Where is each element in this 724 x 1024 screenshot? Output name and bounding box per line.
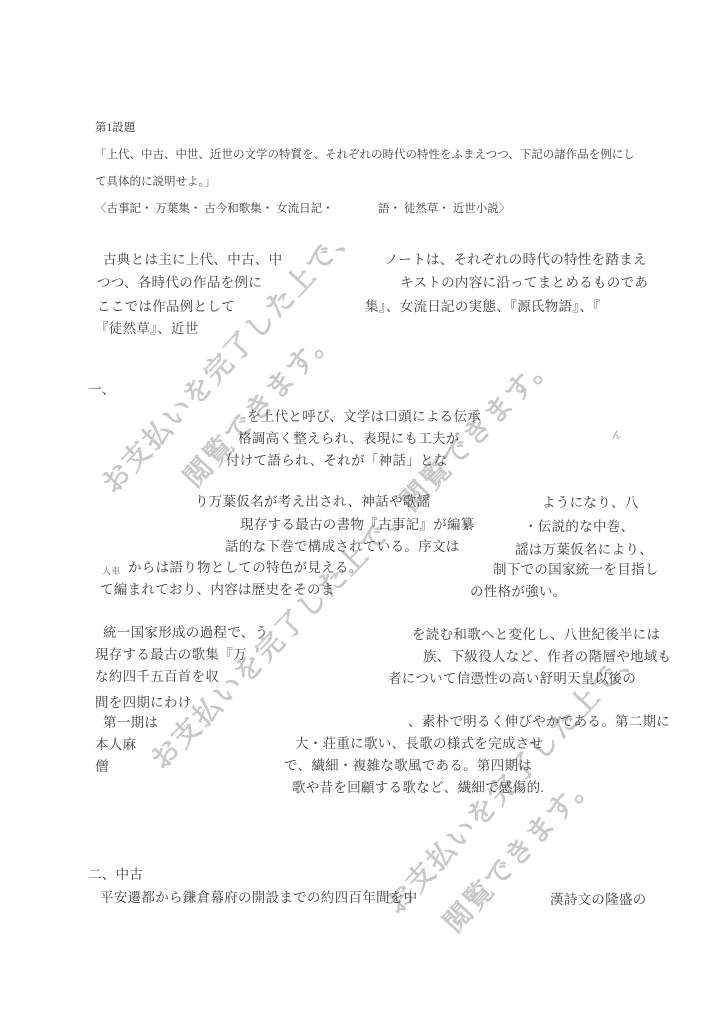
- text-line: 〈古事記・ 万葉集・ 古今和歌集・ 女流日記・: [95, 200, 334, 218]
- text-line: で、繊細・複雑な歌風である。第四期は: [284, 757, 532, 775]
- text-line: 集』、女流日記の実態、『源氏物語』、『: [365, 298, 600, 316]
- text-line: 第一期は: [103, 714, 158, 732]
- text-line: つつ、各時代の作品を例に: [97, 274, 262, 292]
- text-line: からは語り物としての特色が見える。: [128, 559, 363, 577]
- text-line: 古典とは主に上代、中古、中: [103, 251, 282, 269]
- text-line: 付けて語られ、それが「神話」とな: [226, 452, 448, 470]
- text-line: 人車: [102, 562, 121, 580]
- text-line: 、素朴で明るく伸びやかである。第二期に: [408, 713, 670, 731]
- text-line: 僧: [95, 758, 109, 776]
- text-line: 制下での国家統一を目指し: [493, 561, 659, 579]
- text-line: て具体的に説明せよ。」: [95, 173, 216, 191]
- text-line: 者について信憑性の高い舒明天皇以後の: [388, 670, 636, 688]
- text-line: 第1設題: [95, 119, 135, 137]
- text-line: 話的な下巻で構成されている。序文は: [225, 538, 460, 556]
- text-line: 本人麻: [95, 736, 136, 754]
- text-line: の性格が強い。: [470, 583, 567, 601]
- text-line: な約四千五百首を収: [95, 668, 219, 686]
- text-line: ん: [612, 426, 621, 444]
- text-line: 現存する最古の歌集『万: [95, 646, 247, 664]
- text-line: 語・ 徒然草・ 近世小説〉: [378, 200, 510, 218]
- text-line: キストの内容に沿ってまとめるものであ: [400, 274, 648, 292]
- text-line: 統一国家形成の過程で、う: [103, 624, 268, 642]
- text-line: ・伝説的な中巻、: [524, 518, 634, 536]
- text-line: 二、中古: [88, 866, 143, 884]
- text-line: を上代と呼び、文学は口頭による伝承: [247, 408, 481, 426]
- text-line: を読む和歌へと変化し、八世紀後半には: [412, 626, 660, 644]
- text-line: 族、下級役人など、作者の階層や地域も: [423, 648, 671, 666]
- text-line: ここでは作品例として: [97, 298, 235, 316]
- text-line: 平安遷都から鎌倉幕府の開設までの約四百年間を中: [100, 889, 417, 907]
- text-line: 現存する最古の書物『古事記』が編纂: [240, 516, 475, 534]
- text-line: 格調高く整えられ、表現にも工夫が: [238, 430, 460, 448]
- text-line: て編まれており、内容は歴史をそのま: [100, 581, 335, 599]
- text-line: 大・荘重に歌い、長歌の様式を完成させ: [295, 735, 543, 753]
- text-line: 謡は万葉仮名により、: [515, 541, 653, 559]
- text-line: 『徒然草』、近世: [95, 320, 199, 338]
- text-line: り万葉仮名が考え出され、神話や歌謡: [195, 493, 430, 511]
- text-line: 歌や昔を回顧する歌など、繊細で感傷的.: [292, 779, 544, 797]
- text-line: ノートは、それぞれの時代の特性を踏まえ: [385, 251, 647, 269]
- text-line: 一、: [88, 381, 116, 399]
- text-line: 漢詩文の隆盛の: [550, 891, 647, 909]
- text-line: ようになり、八: [542, 494, 639, 512]
- text-line: 間を四期にわけ: [95, 694, 192, 712]
- text-line: 「上代、中古、中世、近世の文学の特質を、それぞれの時代の特性をふまえつつ、下記の…: [95, 146, 635, 164]
- document-page: お支払いを完了した上で、閲覧できます。お支払いを完了した上で、閲覧できます。お支…: [0, 0, 724, 1024]
